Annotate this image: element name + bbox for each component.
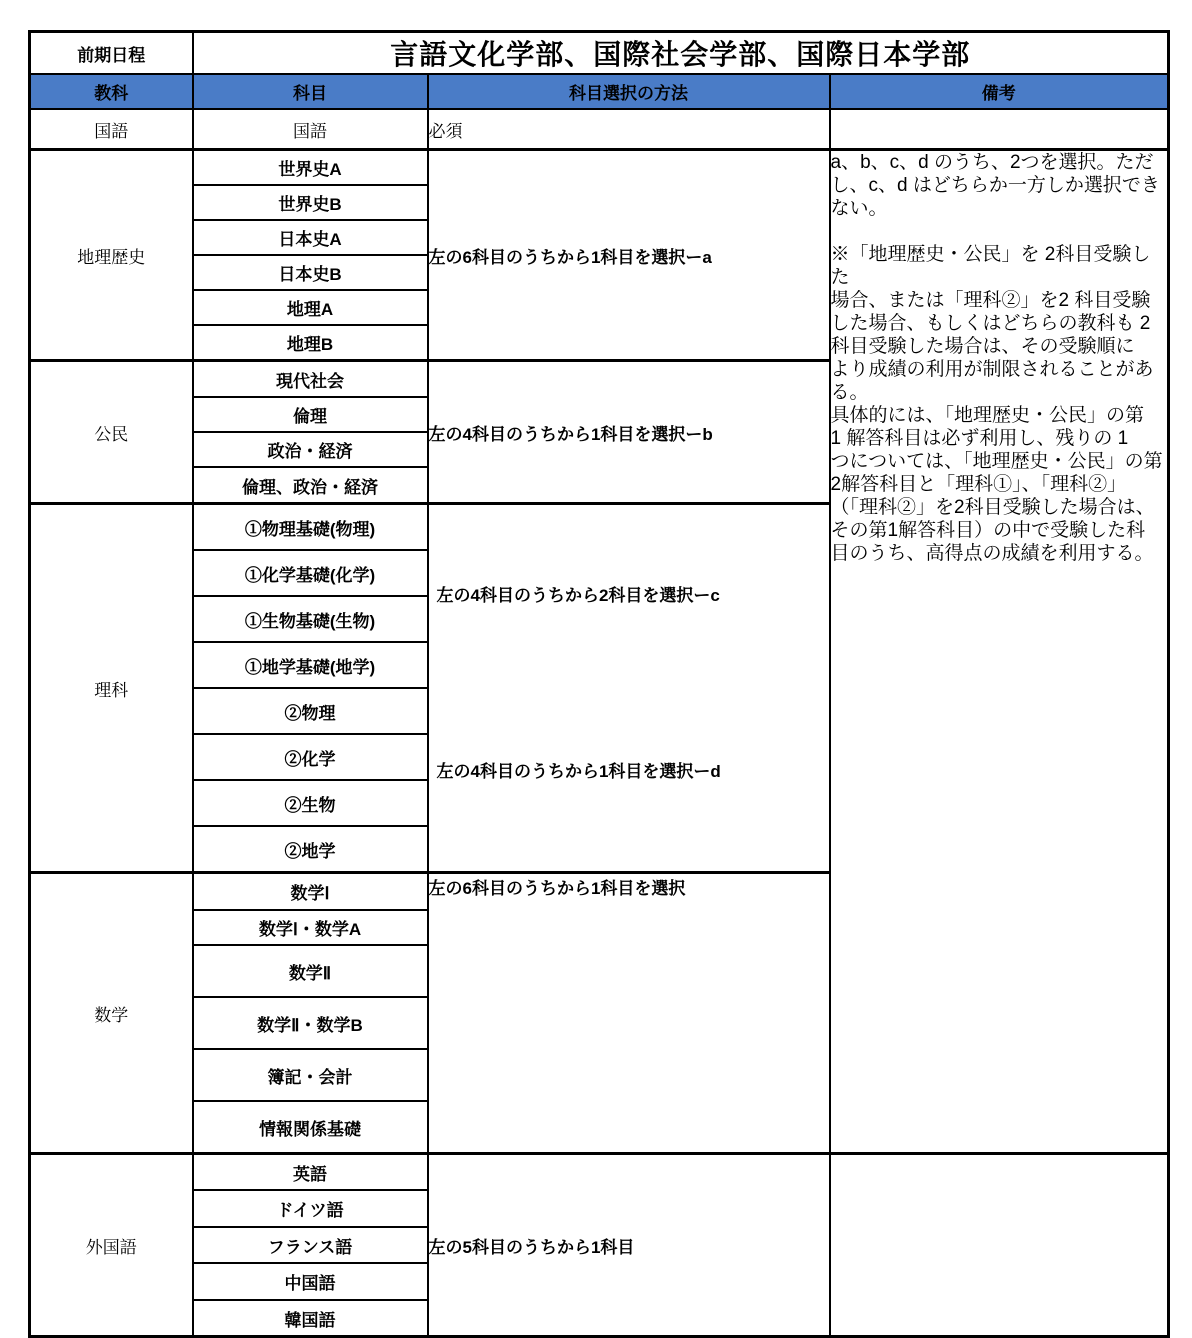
subject-cell: 政治・経済 [193, 432, 428, 467]
subject-cell: 倫理、政治・経済 [193, 467, 428, 504]
subject-cell: ①化学基礎(化学) [193, 550, 428, 596]
subject-cell: 倫理 [193, 397, 428, 432]
subject-cell: ①物理基礎(物理) [193, 504, 428, 551]
subject-cell: ②地学 [193, 826, 428, 873]
subject-area-foreign-language: 外国語 [30, 1154, 193, 1337]
remarks-empty-cell-bottom [830, 1154, 1169, 1337]
subject-selection-table: 前期日程 言語文化学部、国際社会学部、国際日本学部 教科 科目 科目選択の方法 … [28, 30, 1170, 1338]
subject-cell: フランス語 [193, 1227, 428, 1263]
row-foreign-language: 外国語 英語 左の5科目のうちから1科目 [30, 1154, 1169, 1191]
subject-cell: 日本史A [193, 220, 428, 255]
method-science-second: 左の4科目のうちから1科目を選択ーd [429, 681, 829, 857]
method-science: 左の4科目のうちから2科目を選択ーc 左の4科目のうちから1科目を選択ーd [428, 504, 830, 873]
subject-area-geography-history: 地理歴史 [30, 150, 193, 361]
column-header-remarks: 備考 [830, 74, 1169, 109]
subject-area-civics: 公民 [30, 361, 193, 504]
subject-cell: 地理A [193, 290, 428, 325]
row-geography-history: 地理歴史 世界史A 左の6科目のうちから1科目を選択ーa a、b、c、d のうち… [30, 150, 1169, 186]
subject-cell: 情報関係基礎 [193, 1101, 428, 1154]
subject-cell: ①生物基礎(生物) [193, 596, 428, 642]
subject-japanese: 国語 [193, 109, 428, 150]
subject-cell: ②物理 [193, 688, 428, 734]
column-header-subject-area: 教科 [30, 74, 193, 109]
column-header-selection-method: 科目選択の方法 [428, 74, 830, 109]
schedule-label: 前期日程 [30, 32, 193, 75]
subject-cell: 英語 [193, 1154, 428, 1191]
subject-cell: 簿記・会計 [193, 1049, 428, 1101]
subject-cell: 数学Ⅰ [193, 873, 428, 911]
subject-cell: 数学Ⅱ [193, 945, 428, 997]
subject-cell: ②化学 [193, 734, 428, 780]
remarks-paragraph-3: 具体的には、「地理歴史・公民」の第 1 解答科目は必ず利用し、残りの 1 つにつ… [831, 404, 1168, 565]
subject-cell: 数学Ⅱ・数学B [193, 997, 428, 1049]
remarks-paragraph-1: a、b、c、d のうち、2つを選択。ただ し、c、d はどちらか一方しか選択でき… [831, 151, 1168, 220]
subject-cell: 地理B [193, 325, 428, 361]
column-header-row: 教科 科目 科目選択の方法 備考 [30, 74, 1169, 109]
remarks-paragraph-2: ※「地理歴史・公民」を 2科目受験した 場合、または「理科②」を2 科目受験 し… [831, 243, 1168, 404]
method-foreign-language: 左の5科目のうちから1科目 [428, 1154, 830, 1337]
subject-area-science: 理科 [30, 504, 193, 873]
page-title: 言語文化学部、国際社会学部、国際日本学部 [193, 32, 1169, 75]
method-civics: 左の4科目のうちから1科目を選択ーb [428, 361, 830, 504]
method-geography-history: 左の6科目のうちから1科目を選択ーa [428, 150, 830, 361]
method-mathematics: 左の6科目のうちから1科目を選択 [428, 873, 830, 1154]
subject-cell: 数学Ⅰ・数学A [193, 910, 428, 945]
remarks-cell: a、b、c、d のうち、2つを選択。ただ し、c、d はどちらか一方しか選択でき… [830, 150, 1169, 1154]
subject-cell: 世界史B [193, 185, 428, 220]
title-row: 前期日程 言語文化学部、国際社会学部、国際日本学部 [30, 32, 1169, 75]
subject-area-japanese: 国語 [30, 109, 193, 150]
subject-cell: 現代社会 [193, 361, 428, 398]
subject-cell: 世界史A [193, 150, 428, 186]
subject-cell: ②生物 [193, 780, 428, 826]
method-science-first: 左の4科目のうちから2科目を選択ーc [429, 505, 829, 681]
subject-cell: 韓国語 [193, 1300, 428, 1337]
method-japanese: 必須 [428, 109, 830, 150]
subject-cell: 日本史B [193, 255, 428, 290]
column-header-subject: 科目 [193, 74, 428, 109]
remarks-empty-cell-top [830, 109, 1169, 150]
subject-cell: ドイツ語 [193, 1190, 428, 1227]
subject-area-mathematics: 数学 [30, 873, 193, 1154]
subject-cell: 中国語 [193, 1263, 428, 1300]
subject-cell: ①地学基礎(地学) [193, 642, 428, 688]
row-japanese: 国語 国語 必須 [30, 109, 1169, 150]
